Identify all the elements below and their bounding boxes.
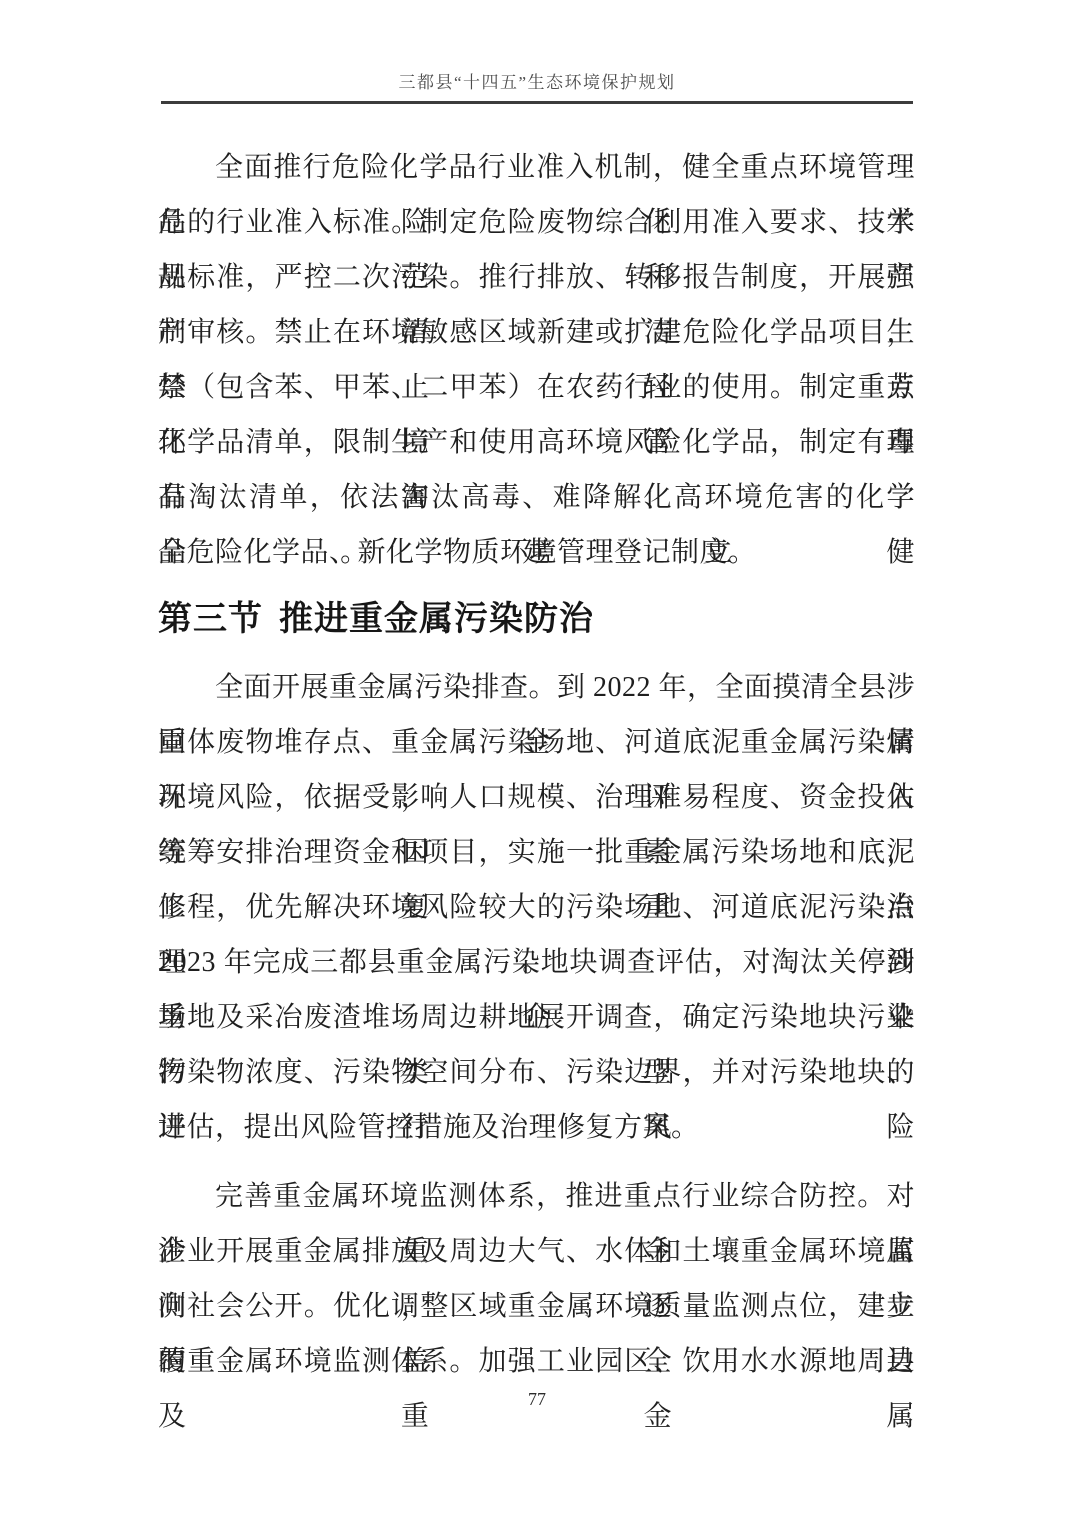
body-line: 品淘汰清单，依法淘汰高毒、难降解、高环境危害的化学品。建立健: [158, 470, 915, 525]
body-line: 烃（包含苯、甲苯、二甲苯）在农药行业的使用。制定重点环境管理: [158, 360, 915, 415]
body-line: 场地及采冶废渣堆场周边耕地展开调查，确定污染地块污染物类型、: [158, 990, 915, 1045]
header-title: 三都县“十四五”生态环境保护规划: [0, 72, 1074, 94]
body-line: 企业开展重金属排放及周边大气、水体和土壤重金属环境监测，逐步: [158, 1224, 915, 1279]
header-rule: [161, 101, 913, 104]
document-page: 三都县“十四五”生态环境保护规划 全面推行危险化学品行业准入机制，健全重点环境管…: [0, 0, 1074, 1520]
body-line: 产审核。禁止在环境敏感区域新建或扩建危险化学品项目，禁止轻芳: [158, 305, 915, 360]
section-heading: 第三节推进重金属污染防治: [158, 580, 915, 660]
paragraph-1: 全面推行危险化学品行业准入机制，健全重点环境管理危险化学 品的行业准入标准。制定…: [158, 140, 915, 580]
body-line: 工程，优先解决环境风险较大的污染场地、河道底泥污染治理。到: [158, 880, 915, 935]
body-line: 向社会公开。优化调整区域重金属环境质量监测点位，建立覆盖全县: [158, 1279, 915, 1334]
body-line: 全面推行危险化学品行业准入机制，健全重点环境管理危险化学: [158, 140, 915, 195]
document-body: 全面推行危险化学品行业准入机制，健全重点环境管理危险化学 品的行业准入标准。制定…: [158, 140, 915, 1389]
body-line: 品标准，严控二次污染。推行排放、转移报告制度，开展强制清洁生: [158, 250, 915, 305]
body-line: 固体废物堆存点、重金属污染场地、河道底泥重金属污染情况，评估: [158, 715, 915, 770]
paragraph-3: 完善重金属环境监测体系，推进重点行业综合防控。对涉重金属 企业开展重金属排放及周…: [158, 1169, 915, 1389]
body-line: 全面开展重金属污染排查。到 2022 年，全面摸清全县涉重金属: [158, 660, 915, 715]
body-line: 统筹安排治理资金和项目，实施一批重金属污染场地和底泥修复重点: [158, 825, 915, 880]
section-number: 第三节: [158, 601, 263, 638]
body-line: 品的行业准入标准。制定危险废物综合利用准入要求、技术规范和产: [158, 195, 915, 250]
section-title: 推进重金属污染防治: [279, 601, 594, 638]
body-line: 2023 年完成三都县重金属污染地块调查评估，对淘汰关停涉重企业: [158, 935, 915, 990]
body-line: 污染物浓度、污染物空间分布、污染边界，并对污染地块的进行风险: [158, 1045, 915, 1100]
body-line: 完善重金属环境监测体系，推进重点行业综合防控。对涉重金属: [158, 1169, 915, 1224]
paragraph-2: 全面开展重金属污染排查。到 2022 年，全面摸清全县涉重金属 固体废物堆存点、…: [158, 660, 915, 1155]
page-number: 77: [0, 1388, 1074, 1410]
body-line: 的重金属环境监测体系。加强工业园区、饮用水水源地周边及重金属: [158, 1334, 915, 1389]
body-line: 化学品清单，限制生产和使用高环境风险化学品，制定有毒有害化学: [158, 415, 915, 470]
body-line: 环境风险，依据受影响人口规模、治理难易程度、资金投入等因素，: [158, 770, 915, 825]
